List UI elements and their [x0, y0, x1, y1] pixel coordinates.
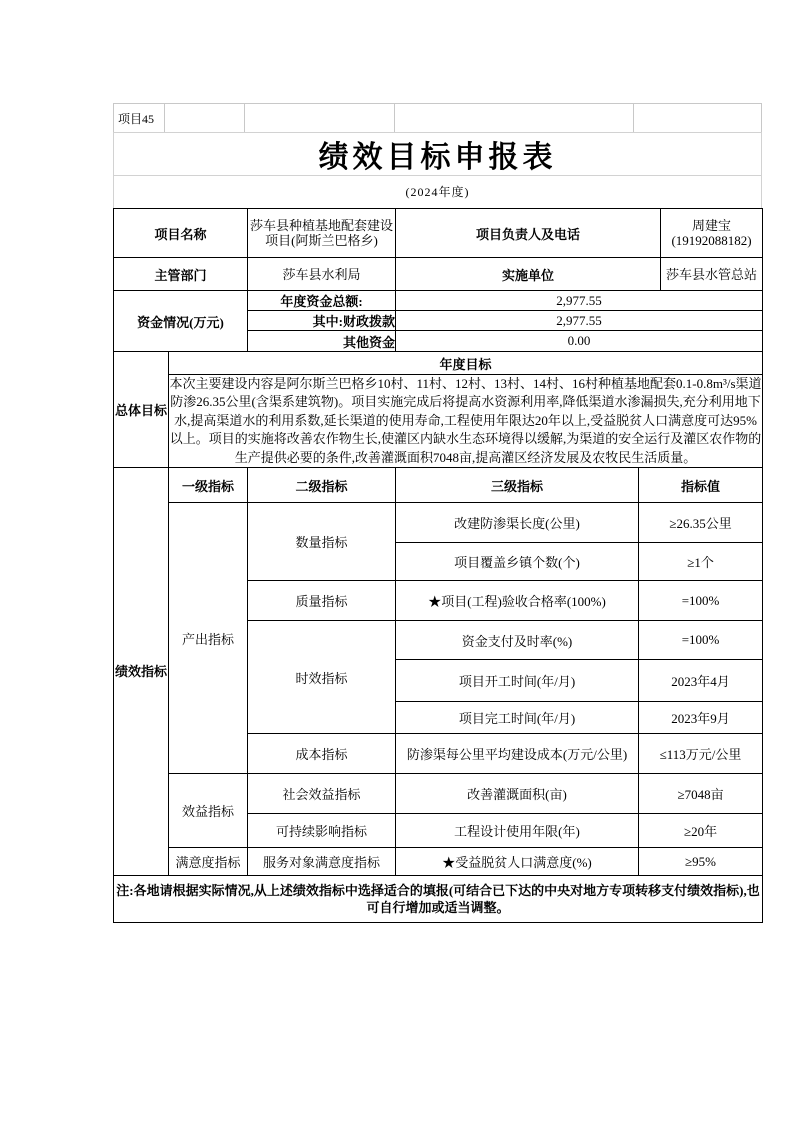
footer-note: 注:各地请根据实际情况,从上述绩效指标中选择适合的填报(可结合已下达的中央对地方… — [114, 876, 763, 923]
impl-label: 实施单位 — [396, 258, 661, 291]
subgroup-service: 服务对象满意度指标 — [248, 848, 396, 876]
sheet-empty-cell — [245, 103, 395, 133]
funding-other-value: 0.00 — [396, 331, 763, 352]
subgroup-quality: 质量指标 — [248, 581, 396, 621]
corner-label: 项目45 — [118, 110, 154, 127]
indicator-value: 2023年4月 — [639, 660, 763, 702]
funding-total-label: 年度资金总额: — [248, 291, 396, 311]
document-page: 项目45 绩效目标申报表 (2024年度) 项目名称 莎车县种植基地配套建设项目… — [0, 0, 793, 1122]
funding-fiscal-value: 2,977.55 — [396, 311, 763, 331]
funding-fiscal-label: 其中:财政拨款 — [248, 311, 396, 331]
subgroup-cost: 成本指标 — [248, 734, 396, 774]
indicator-value: ≥95% — [639, 848, 763, 876]
sheet-empty-cell — [395, 103, 634, 133]
funding-other-label: 其他资金 — [248, 331, 396, 352]
indicator-name: 改善灌溉面积(亩) — [396, 774, 639, 814]
indicator-name: 工程设计使用年限(年) — [396, 814, 639, 848]
page-subtitle: (2024年度) — [406, 183, 470, 200]
dept-value: 莎车县水利局 — [248, 258, 396, 291]
indicator-value: ≥20年 — [639, 814, 763, 848]
indicator-value: =100% — [639, 621, 763, 660]
form-title-row: 绩效目标申报表 — [113, 132, 762, 176]
indicator-name: 项目完工时间(年/月) — [396, 702, 639, 734]
subgroup-sustainability: 可持续影响指标 — [248, 814, 396, 848]
sheet-empty-cell — [165, 103, 245, 133]
group-benefit: 效益指标 — [169, 774, 248, 848]
performance-target-table: 项目名称 莎车县种植基地配套建设项目(阿斯兰巴格乡) 项目负责人及电话 周建宝 … — [113, 208, 763, 923]
manager-name: 周建宝 — [661, 218, 762, 233]
indicator-name: ★项目(工程)验收合格率(100%) — [396, 581, 639, 621]
indicator-name: 改建防渗渠长度(公里) — [396, 503, 639, 543]
sheet-corner-cell: 项目45 — [113, 103, 165, 133]
indicator-value: ≥1个 — [639, 543, 763, 581]
header-level3: 三级指标 — [396, 468, 639, 503]
performance-indicator-label: 绩效指标 — [114, 468, 169, 876]
subgroup-timeliness: 时效指标 — [248, 621, 396, 734]
indicator-name: ★受益脱贫人口满意度(%) — [396, 848, 639, 876]
subgroup-social: 社会效益指标 — [248, 774, 396, 814]
dept-label: 主管部门 — [114, 258, 248, 291]
funding-label: 资金情况(万元) — [114, 291, 248, 352]
manager-value: 周建宝 (19192088182) — [661, 209, 763, 258]
project-name-label: 项目名称 — [114, 209, 248, 258]
indicator-name: 资金支付及时率(%) — [396, 621, 639, 660]
annual-goal-header: 年度目标 — [169, 352, 763, 375]
subgroup-quantity: 数量指标 — [248, 503, 396, 581]
indicator-value: ≥26.35公里 — [639, 503, 763, 543]
indicator-value: =100% — [639, 581, 763, 621]
indicator-name: 项目开工时间(年/月) — [396, 660, 639, 702]
header-level2: 二级指标 — [248, 468, 396, 503]
header-level1: 一级指标 — [169, 468, 248, 503]
sheet-empty-cell — [634, 103, 762, 133]
manager-phone: (19192088182) — [661, 233, 762, 248]
indicator-name: 项目覆盖乡镇个数(个) — [396, 543, 639, 581]
indicator-value: ≤113万元/公里 — [639, 734, 763, 774]
indicator-name: 防渗渠每公里平均建设成本(万元/公里) — [396, 734, 639, 774]
indicator-value: 2023年9月 — [639, 702, 763, 734]
header-target-value: 指标值 — [639, 468, 763, 503]
form-subtitle-row: (2024年度) — [113, 175, 762, 209]
group-output: 产出指标 — [169, 503, 248, 774]
overall-goal-label: 总体目标 — [114, 352, 169, 468]
manager-label: 项目负责人及电话 — [396, 209, 661, 258]
impl-value: 莎车县水管总站 — [661, 258, 763, 291]
spreadsheet-artifact-row: 项目45 — [113, 103, 762, 133]
funding-total-value: 2,977.55 — [396, 291, 763, 311]
project-name-value: 莎车县种植基地配套建设项目(阿斯兰巴格乡) — [248, 209, 396, 258]
group-satisfaction: 满意度指标 — [169, 848, 248, 876]
indicator-value: ≥7048亩 — [639, 774, 763, 814]
page-title: 绩效目标申报表 — [319, 132, 557, 176]
annual-goal-text: 本次主要建设内容是阿尔斯兰巴格乡10村、11村、12村、13村、14村、16村种… — [169, 375, 763, 468]
